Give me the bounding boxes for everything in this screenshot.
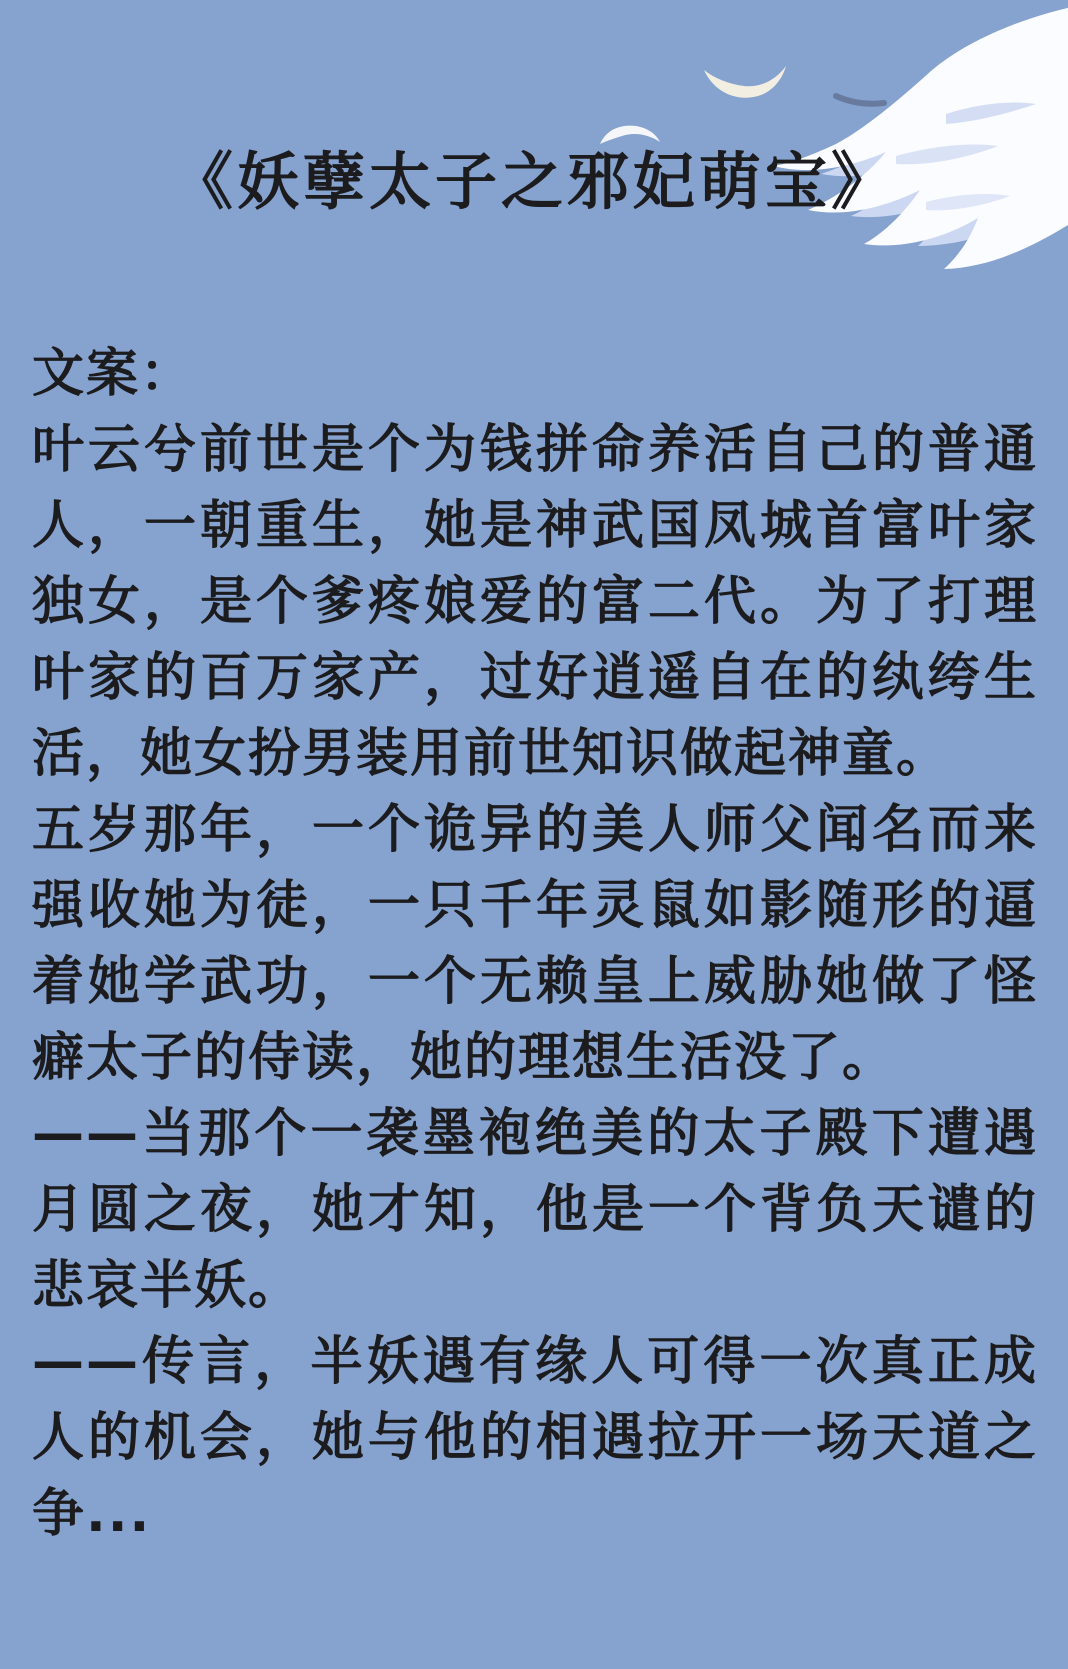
synopsis-line: ——当那个一袭墨袍绝美的太子殿下遭遇 (32, 1096, 1038, 1172)
synopsis-line: 活，她女扮男装用前世知识做起神童。 (32, 716, 1038, 792)
feather-shape (704, 66, 786, 98)
page-title: 《妖孽太子之邪妃萌宝》 (0, 132, 1068, 221)
synopsis-line: 叶云兮前世是个为钱拼命养活自己的普通 (32, 412, 1038, 488)
synopsis-section: 文案： 叶云兮前世是个为钱拼命养活自己的普通 人，一朝重生，她是神武国凤城首富叶… (32, 336, 1038, 1552)
synopsis-label: 文案： (32, 336, 1038, 412)
wing-dark-accent (836, 96, 884, 104)
synopsis-line: 独女，是个爹疼娘爱的富二代。为了打理 (32, 564, 1038, 640)
page-background: 《妖孽太子之邪妃萌宝》 文案： 叶云兮前世是个为钱拼命养活自己的普通 人，一朝重… (0, 0, 1068, 1669)
synopsis-line: 强收她为徒，一只千年灵鼠如影随形的逼 (32, 868, 1038, 944)
synopsis-line: 人的机会，她与他的相遇拉开一场天道之 (32, 1400, 1038, 1476)
synopsis-line: ——传言，半妖遇有缘人可得一次真正成 (32, 1324, 1038, 1400)
synopsis-line: 月圆之夜，她才知，他是一个背负天谴的 (32, 1172, 1038, 1248)
synopsis-line: 五岁那年，一个诡异的美人师父闻名而来 (32, 792, 1038, 868)
synopsis-line: 着她学武功，一个无赖皇上威胁她做了怪 (32, 944, 1038, 1020)
synopsis-line: 癖太子的侍读，她的理想生活没了。 (32, 1020, 1038, 1096)
synopsis-line: 叶家的百万家产，过好逍遥自在的纨绔生 (32, 640, 1038, 716)
feather-icon (700, 56, 788, 104)
synopsis-line: 人，一朝重生，她是神武国凤城首富叶家 (32, 488, 1038, 564)
wing-inner-shade (946, 102, 1036, 124)
synopsis-line: 争... (32, 1476, 1038, 1552)
synopsis-line: 悲哀半妖。 (32, 1248, 1038, 1324)
